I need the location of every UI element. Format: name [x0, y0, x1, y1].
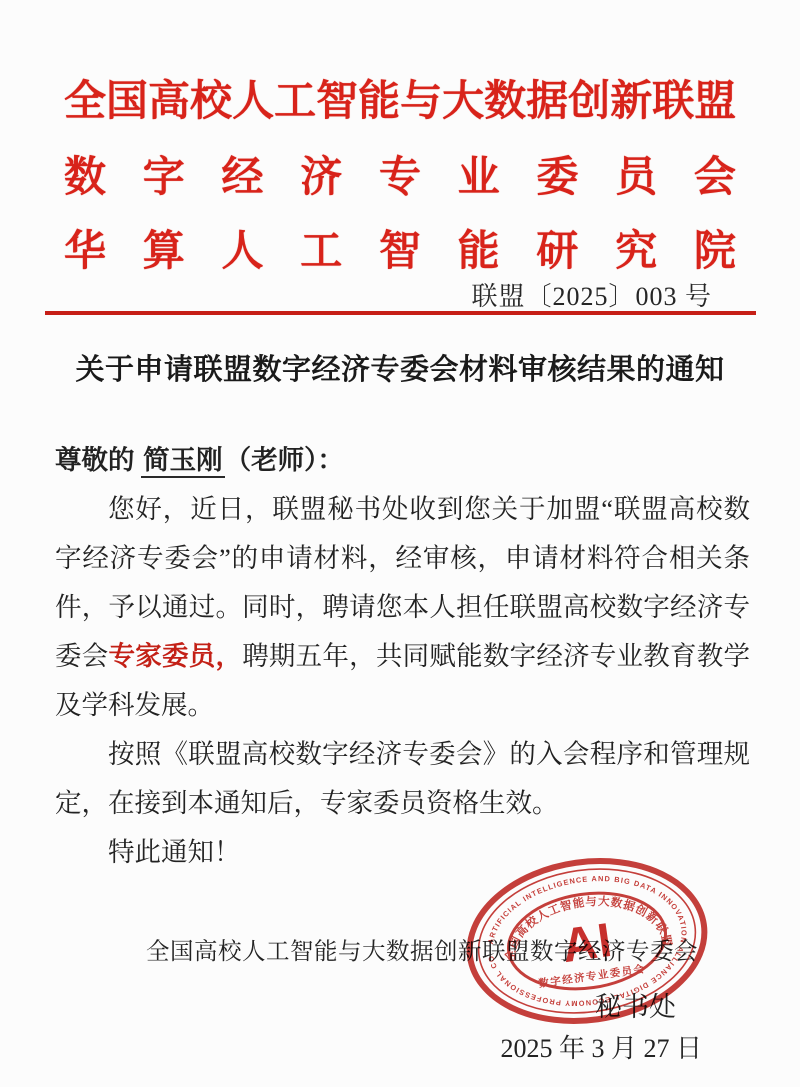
- recipient-name: 简玉刚: [141, 445, 225, 478]
- signature-department: 秘书处: [595, 985, 676, 1024]
- document-number: 联盟〔2025〕003 号: [471, 276, 712, 313]
- greeting-prefix: 尊敬的: [55, 445, 141, 475]
- paragraph-closing: 特此通知！: [55, 828, 750, 877]
- notice-title: 关于申请联盟数字经济专委会材料审核结果的通知: [0, 347, 800, 388]
- paragraph-approval: 您好，近日，联盟秘书处收到您关于加盟“联盟高校数字经济专委会”的申请材料，经审核…: [55, 485, 750, 730]
- signature-date: 2025 年 3 月 27 日: [500, 1028, 702, 1065]
- red-divider-rule: [45, 311, 756, 315]
- official-notice-document: 全国高校人工智能与大数据创新联盟 数字经济专业委员会 华算人工智能研究院 联盟〔…: [0, 0, 800, 1087]
- signature-organization: 全国高校人工智能与大数据创新联盟数字经济专委会: [44, 932, 800, 966]
- letterhead-line-1: 全国高校人工智能与大数据创新联盟: [64, 68, 736, 128]
- greeting-suffix: （老师）：: [225, 445, 344, 475]
- greeting-line: 尊敬的 简玉刚（老师）：: [55, 436, 750, 485]
- paragraph-rules: 按照《联盟高校数字经济专委会》的入会程序和管理规定，在接到本通知后，专家委员资格…: [55, 730, 750, 828]
- expert-member-highlight: 专家委员，: [108, 641, 242, 671]
- notice-body: 尊敬的 简玉刚（老师）： 您好，近日，联盟秘书处收到您关于加盟“联盟高校数字经济…: [55, 436, 750, 877]
- letterhead-line-3: 华算人工智能研究院: [64, 218, 736, 278]
- letterhead-line-2: 数字经济专业委员会: [64, 144, 736, 204]
